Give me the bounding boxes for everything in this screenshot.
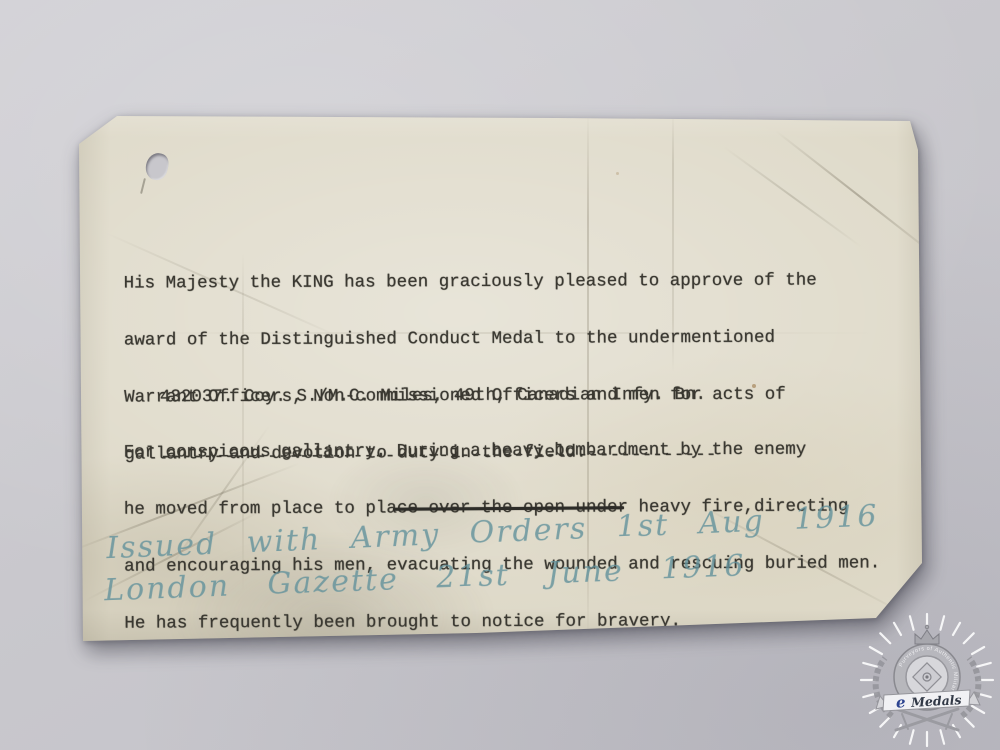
punch-hole <box>143 151 170 182</box>
text-line: His Majesty the KING has been graciously… <box>124 271 817 293</box>
stain-speck <box>616 172 619 175</box>
text-line: He has frequently been brought to notice… <box>124 611 880 633</box>
crown-icon <box>915 625 939 644</box>
brand-name-text: Medals <box>910 692 962 710</box>
hole-tear-mark <box>140 178 146 194</box>
document-paper: His Majesty the KING has been graciously… <box>76 112 922 641</box>
corner-crease <box>724 146 862 247</box>
emedals-watermark: Purveyors of Authentic Militaria e Medal… <box>852 610 1000 750</box>
crossed-swords-icon <box>896 709 958 730</box>
photo-background: His Majesty the KING has been graciously… <box>0 0 1000 750</box>
brand-letter-e: e <box>896 693 906 711</box>
text-line: For conspicous gallantry. During a heavy… <box>124 440 880 462</box>
brand-banner: e Medals <box>876 689 980 711</box>
